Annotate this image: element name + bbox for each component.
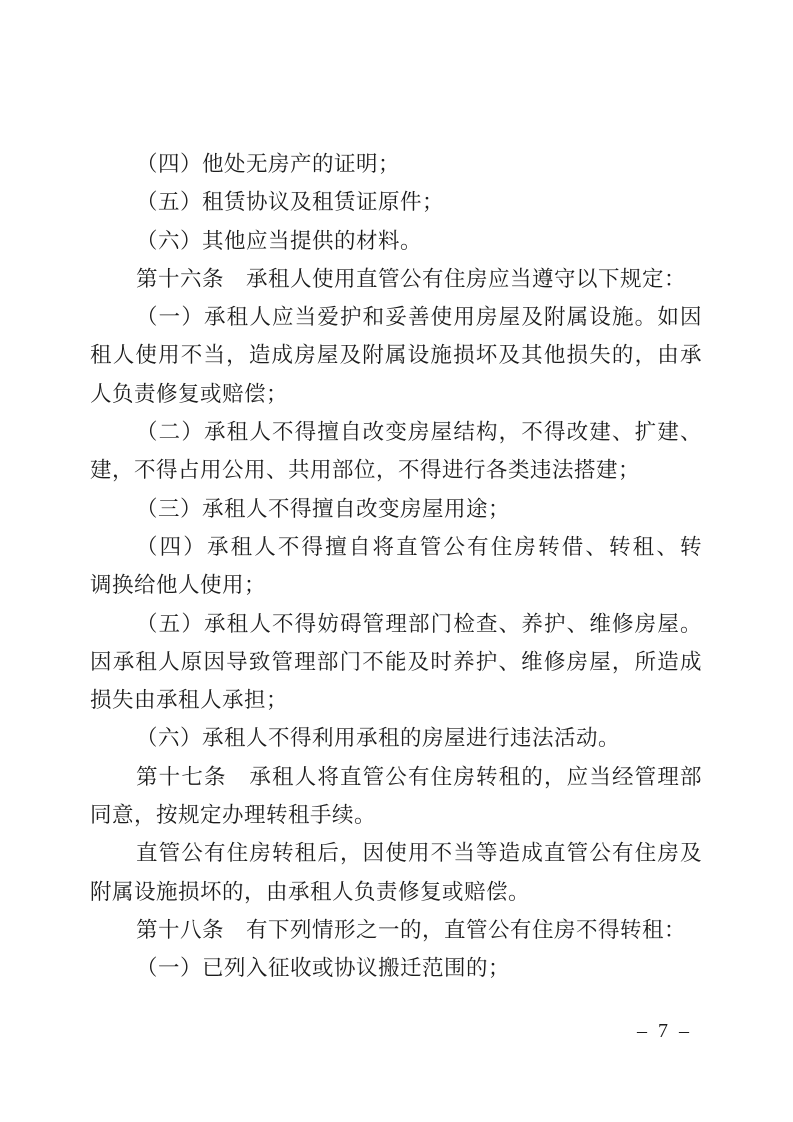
page-number: – 7 – bbox=[637, 1018, 692, 1044]
document-line: （一）承租人应当爱护和妥善使用房屋及附属设施。如因承 bbox=[90, 298, 702, 336]
document-line: （五）承租人不得妨碍管理部门检查、养护、维修房屋。如 bbox=[90, 605, 702, 643]
document-line: 损失由承租人承担； bbox=[90, 681, 702, 719]
document-line: 第十七条 承租人将直管公有住房转租的，应当经管理部门 bbox=[90, 758, 702, 796]
document-body: （四）他处无房产的证明；（五）租赁协议及租赁证原件；（六）其他应当提供的材料。第… bbox=[90, 145, 702, 988]
document-line: 租人使用不当，造成房屋及附属设施损坏及其他损失的，由承租 bbox=[90, 336, 702, 374]
document-line: （四）承租人不得擅自将直管公有住房转借、转租、转让、 bbox=[90, 528, 702, 566]
document-line: （二）承租人不得擅自改变房屋结构，不得改建、扩建、翻 bbox=[90, 413, 702, 451]
document-line: （五）租赁协议及租赁证原件； bbox=[90, 183, 702, 221]
document-line: 因承租人原因导致管理部门不能及时养护、维修房屋，所造成的 bbox=[90, 643, 702, 681]
document-line: （四）他处无房产的证明； bbox=[90, 145, 702, 183]
document-line: （三）承租人不得擅自改变房屋用途； bbox=[90, 490, 702, 528]
document-line: 直管公有住房转租后，因使用不当等造成直管公有住房及其 bbox=[90, 834, 702, 872]
document-line: 人负责修复或赔偿； bbox=[90, 375, 702, 413]
document-line: （一）已列入征收或协议搬迁范围的； bbox=[90, 949, 702, 987]
document-line: （六）承租人不得利用承租的房屋进行违法活动。 bbox=[90, 719, 702, 757]
document-line: 建，不得占用公用、共用部位，不得进行各类违法搭建； bbox=[90, 451, 702, 489]
document-line: 调换给他人使用； bbox=[90, 566, 702, 604]
document-page: （四）他处无房产的证明；（五）租赁协议及租赁证原件；（六）其他应当提供的材料。第… bbox=[0, 0, 793, 1122]
document-line: 附属设施损坏的，由承租人负责修复或赔偿。 bbox=[90, 873, 702, 911]
document-line: （六）其他应当提供的材料。 bbox=[90, 222, 702, 260]
document-line: 同意，按规定办理转租手续。 bbox=[90, 796, 702, 834]
document-line: 第十六条 承租人使用直管公有住房应当遵守以下规定： bbox=[90, 260, 702, 298]
document-line: 第十八条 有下列情形之一的，直管公有住房不得转租： bbox=[90, 911, 702, 949]
